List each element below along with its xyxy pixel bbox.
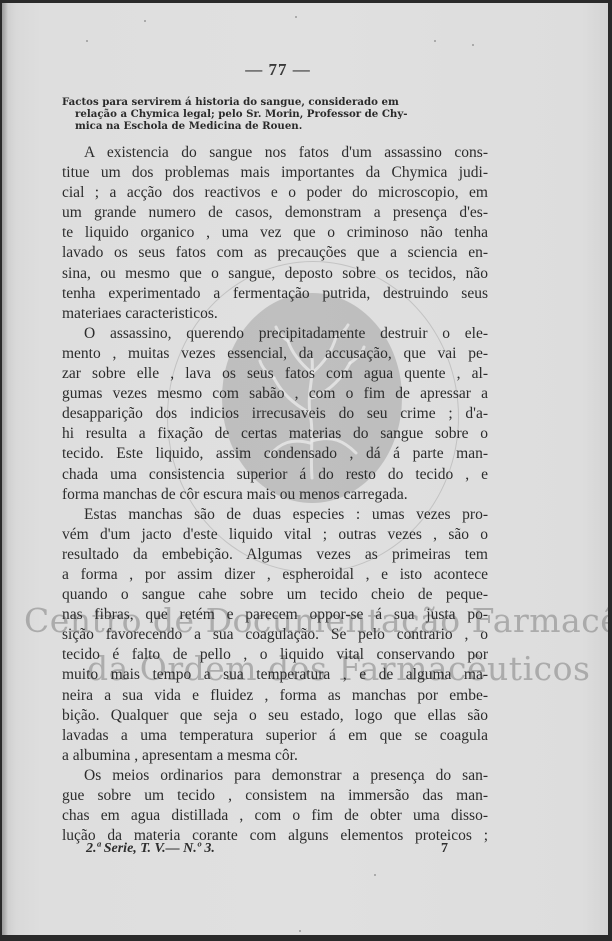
text-line: A existencia do sangue nos fatos d'um as… (62, 143, 488, 163)
text-line: lavado os seus fatos com as precauções q… (62, 243, 488, 263)
text-line: lavadas a uma temperatura superior á em … (62, 726, 488, 746)
paper-speck (144, 20, 146, 22)
paragraph-2: O assassino, querendo precipitadamente d… (62, 324, 488, 505)
text-line: desapparição dos indicios irrecusaveis d… (62, 404, 488, 424)
text-line: mento , muitas vezes essencial, da accus… (62, 344, 488, 364)
signature-mark: 2.ª Serie, T. V.— N.º 3. (86, 841, 215, 857)
paper-speck (472, 44, 474, 46)
text-line: um grande numero de casos, demonstram a … (62, 203, 488, 223)
text-line: gue sobre um tecido , consistem na immer… (62, 786, 488, 806)
text-line: vém d'um jacto d'este liquido vital ; ou… (62, 525, 488, 545)
paper-speck (374, 874, 376, 876)
text-line: tecido. Este liquido, assim condensado ,… (62, 444, 488, 464)
text-line: Estas manchas são de duas especies : uma… (62, 505, 488, 525)
text-line: tenha experimentado a fermentação putrid… (62, 284, 488, 304)
paragraph-3: Estas manchas são de duas especies : uma… (62, 505, 488, 766)
text-line: forma manchas de côr escura mais ou meno… (62, 485, 488, 505)
article-heading: Factos para servirem á historia do sangu… (62, 96, 488, 132)
folio-number: 7 (441, 841, 448, 857)
text-line: materiaes caracteristicos. (62, 304, 488, 324)
text-line: neira a sua vida e fluidez , forma as ma… (62, 686, 488, 706)
text-line: Os meios ordinarios para demonstrar a pr… (62, 766, 488, 786)
text-line: cial ; a acção dos reactivos e o poder d… (62, 183, 488, 203)
text-line: quando o sangue cahe sobre um tecido che… (62, 585, 488, 605)
text-line: tecido é falto de pello , o liquido vita… (62, 645, 488, 665)
text-line: hi resulta a fixação de certas materias … (62, 424, 488, 444)
article-body: A existencia do sangue nos fatos d'um as… (62, 143, 488, 846)
text-line: sina, ou mesmo que o sangue, deposto sob… (62, 264, 488, 284)
scanned-page: Centro de Documentação Farmacêutica da O… (2, 3, 608, 935)
text-line: chada uma consistencia superior á do res… (62, 465, 488, 485)
heading-line: Factos para servirem á historia do sangu… (62, 96, 488, 108)
text-line: resultado da embebição. Algumas vezes as… (62, 545, 488, 565)
text-line: bição. Qualquer que seja o seu estado, l… (62, 706, 488, 726)
heading-line: mica na Eschola de Medicina de Rouen. (62, 120, 488, 132)
paper-speck (434, 40, 436, 42)
paper-speck (86, 40, 88, 42)
paragraph-4: Os meios ordinarios para demonstrar a pr… (62, 766, 488, 846)
paragraph-1: A existencia do sangue nos fatos d'um as… (62, 143, 488, 324)
paper-speck (295, 16, 297, 18)
page-number: — 77 — (238, 60, 318, 80)
text-line: O assassino, querendo precipitadamente d… (62, 324, 488, 344)
text-line: nas fibras, que retém e parecem oppor-se… (62, 605, 488, 625)
text-line: muito mais tempo a sua temperatura , e d… (62, 665, 488, 685)
heading-line: relação a Chymica legal; pelo Sr. Morin,… (62, 108, 488, 120)
paper-speck (299, 930, 301, 932)
text-line: te liquido organico , uma vez que o crim… (62, 223, 488, 243)
page-footer: 2.ª Serie, T. V.— N.º 3. 7 (62, 841, 486, 859)
page-edge-shadow (2, 3, 8, 935)
text-line: a albumina , apresentam a mesma côr. (62, 746, 488, 766)
text-line: gumas vezes mesmo com sabão , com o fim … (62, 384, 488, 404)
text-line: zar sobre elle , lava os seus fatos com … (62, 364, 488, 384)
text-line: a forma , por assim dizer , espheroidal … (62, 565, 488, 585)
text-line: titue um dos problemas mais importantes … (62, 163, 488, 183)
text-line: chas em agua distillada , com o fim de o… (62, 806, 488, 826)
text-line: sição favorecendo a sua coagulação. Se p… (62, 625, 488, 645)
